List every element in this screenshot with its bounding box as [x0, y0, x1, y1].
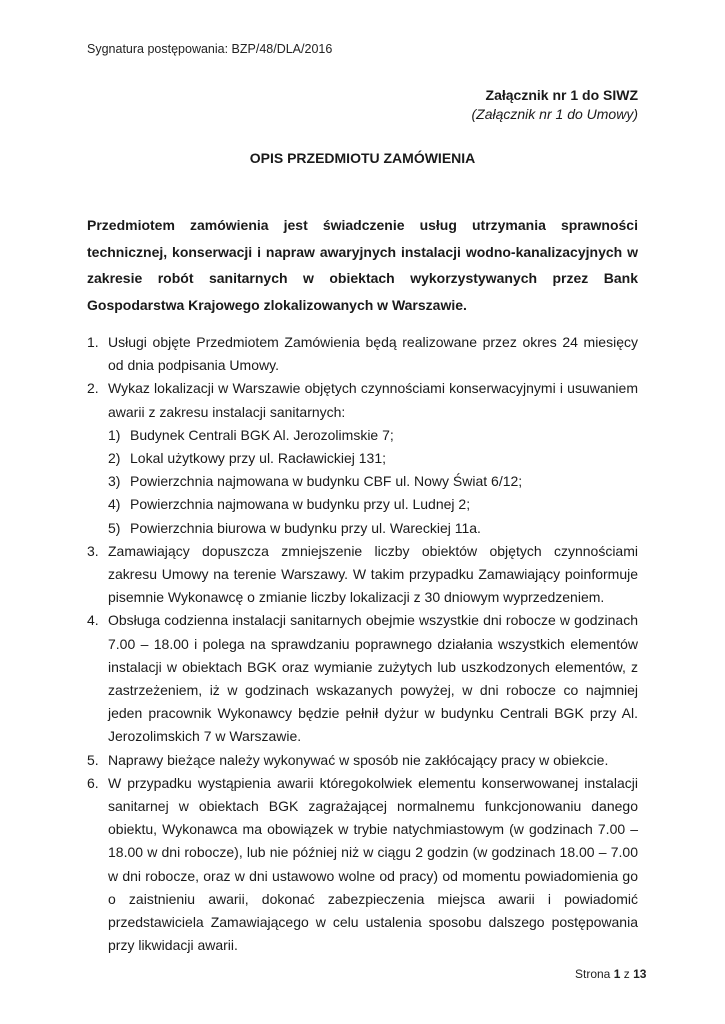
- list-text: Usługi objęte Przedmiotem Zamówienia będ…: [108, 334, 638, 373]
- sublist-number: 5): [108, 517, 120, 540]
- list-number: 4.: [87, 609, 99, 632]
- sublist-text: Powierzchnia najmowana w budynku CBF ul.…: [130, 473, 522, 489]
- sublist-text: Budynek Centrali BGK Al. Jerozolimskie 7…: [130, 427, 394, 443]
- intro-paragraph: Przedmiotem zamówienia jest świadczenie …: [87, 212, 638, 318]
- list-number: 6.: [87, 772, 99, 795]
- sublist-item: 5) Powierzchnia biurowa w budynku przy u…: [108, 517, 638, 540]
- sublist-text: Powierzchnia biurowa w budynku przy ul. …: [130, 520, 481, 536]
- page-title: OPIS PRZEDMIOTU ZAMÓWIENIA: [0, 150, 725, 166]
- sublist-text: Lokal użytkowy przy ul. Racławickiej 131…: [130, 450, 386, 466]
- list-item: 6. W przypadku wystąpienia awarii któreg…: [87, 772, 638, 958]
- list-text: Obsługa codzienna instalacji sanitarnych…: [108, 612, 638, 744]
- list-text: Wykaz lokalizacji w Warszawie objętych c…: [108, 380, 638, 419]
- list-text: Naprawy bieżące należy wykonywać w sposó…: [108, 752, 608, 768]
- page-label: Strona: [575, 967, 610, 981]
- list-number: 2.: [87, 377, 99, 400]
- sublist-number: 2): [108, 447, 120, 470]
- sublist-item: 3) Powierzchnia najmowana w budynku CBF …: [108, 470, 638, 493]
- signature-header: Sygnatura postępowania: BZP/48/DLA/2016: [87, 42, 332, 56]
- list-item: 4. Obsługa codzienna instalacji sanitarn…: [87, 609, 638, 748]
- sublist-number: 3): [108, 470, 120, 493]
- list-number: 5.: [87, 749, 99, 772]
- sublist-number: 4): [108, 493, 120, 516]
- list-item: 2. Wykaz lokalizacji w Warszawie objętyc…: [87, 377, 638, 539]
- document-page: Sygnatura postępowania: BZP/48/DLA/2016 …: [0, 0, 725, 1024]
- annex-contract: (Załącznik nr 1 do Umowy): [472, 105, 639, 124]
- page-footer: Strona 1 z 13: [575, 967, 646, 981]
- sublist-text: Powierzchnia najmowana w budynku przy ul…: [130, 496, 470, 512]
- sublist-item: 1) Budynek Centrali BGK Al. Jerozolimski…: [108, 424, 638, 447]
- annex-label: Załącznik nr 1 do SIWZ (Załącznik nr 1 d…: [472, 86, 639, 124]
- list-number: 3.: [87, 540, 99, 563]
- list-item: 1. Usługi objęte Przedmiotem Zamówienia …: [87, 331, 638, 377]
- list-text: Zamawiający dopuszcza zmniejszenie liczb…: [108, 543, 638, 605]
- numbered-list: 1. Usługi objęte Przedmiotem Zamówienia …: [87, 331, 638, 957]
- page-separator: z: [624, 967, 630, 981]
- sublist-item: 4) Powierzchnia najmowana w budynku przy…: [108, 493, 638, 516]
- total-pages: 13: [633, 967, 646, 981]
- sublist-number: 1): [108, 424, 120, 447]
- location-sublist: 1) Budynek Centrali BGK Al. Jerozolimski…: [108, 424, 638, 540]
- current-page: 1: [614, 967, 621, 981]
- sublist-item: 2) Lokal użytkowy przy ul. Racławickiej …: [108, 447, 638, 470]
- annex-siwz: Załącznik nr 1 do SIWZ: [472, 86, 639, 105]
- list-item: 5. Naprawy bieżące należy wykonywać w sp…: [87, 749, 638, 772]
- list-text: W przypadku wystąpienia awarii któregoko…: [108, 775, 638, 953]
- list-number: 1.: [87, 331, 99, 354]
- list-item: 3. Zamawiający dopuszcza zmniejszenie li…: [87, 540, 638, 610]
